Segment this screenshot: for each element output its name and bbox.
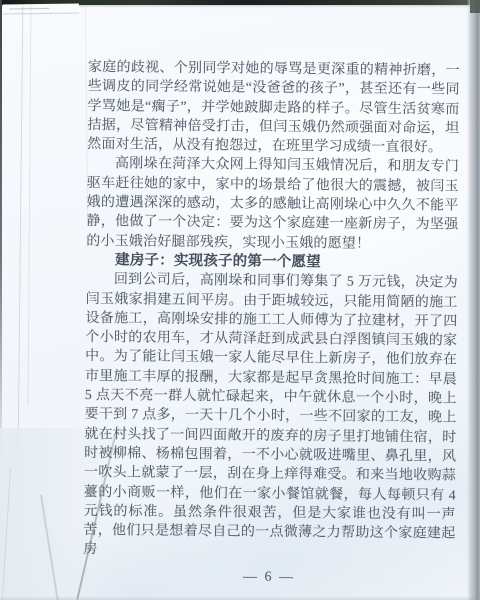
page-text-block: 家庭的歧视、个别同学对她的辱骂是更深重的精神折磨，一些调皮的同学经常说她是“没爸… [83,58,460,589]
right-page-edge-shadow [467,0,480,600]
page-crease-line [28,6,32,406]
bottom-scan-edge-shadow [0,596,480,600]
left-scan-edge-line [0,0,2,470]
top-left-page-corner [3,3,79,14]
page-number: — 6 — [83,566,455,589]
body-paragraph-decision: 高刚垛在菏泽大众网上得知闫玉娥情况后，和朋友专门驱车赶往她的家中，家中的场景给了… [86,154,459,254]
body-paragraph-building: 回到公司后，高刚垛和同事们筹集了 5 万元钱，决定为闫玉娥家捐建五间平房。由于距… [83,270,458,563]
body-paragraph-continuation: 家庭的歧视、个别同学对她的辱骂是更深重的精神折磨，一些调皮的同学经常说她是“没爸… [87,58,460,158]
scanned-page: 家庭的歧视、个别同学对她的辱骂是更深重的精神折磨，一些调皮的同学经常说她是“没爸… [0,0,480,600]
page-crease-line [18,6,24,446]
